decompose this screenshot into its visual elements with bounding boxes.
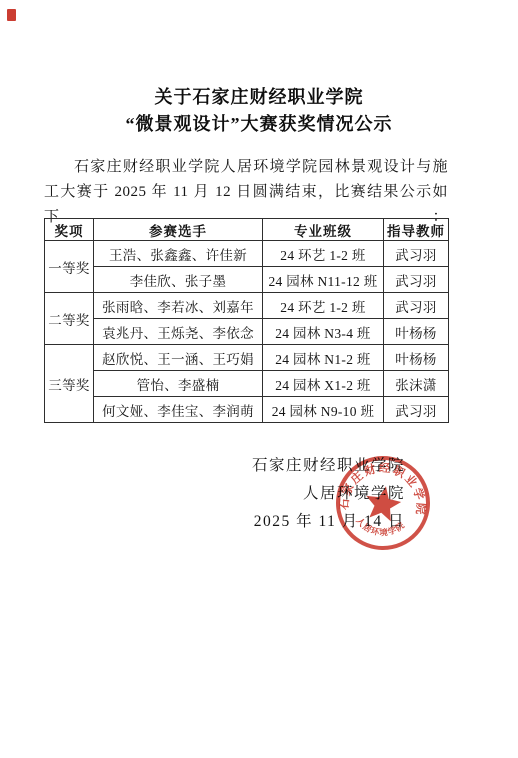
- teacher-cell: 武习羽: [384, 397, 449, 423]
- teacher-cell: 叶杨杨: [384, 319, 449, 345]
- contestants-cell: 袁兆丹、王烁尧、李依念: [94, 319, 263, 345]
- teacher-cell: 武习羽: [384, 241, 449, 267]
- stamp-star-icon: [363, 483, 404, 522]
- class-cell: 24 园林 N11-12 班: [263, 267, 384, 293]
- red-corner-mark: [7, 9, 16, 21]
- contestants-cell: 李佳欣、张子墨: [94, 267, 263, 293]
- stamp-bottom-text: 人居环境学院: [352, 512, 408, 542]
- table-row: 三等奖 赵欣悦、王一涵、王巧娟 24 园林 N1-2 班 叶杨杨: [45, 345, 449, 371]
- contestants-cell: 何文娅、李佳宝、李润萌: [94, 397, 263, 423]
- table-row: 袁兆丹、王烁尧、李依念 24 园林 N3-4 班 叶杨杨: [45, 319, 449, 345]
- contestants-cell: 管怡、李盛楠: [94, 371, 263, 397]
- award-cell: 一等奖: [45, 241, 94, 293]
- body-line-1: 石家庄财经职业学院人居环境学院园林景观设计与施: [44, 155, 448, 180]
- class-cell: 24 园林 N1-2 班: [263, 345, 384, 371]
- teacher-cell: 叶杨杨: [384, 345, 449, 371]
- contestants-cell: 王浩、张鑫鑫、许佳新: [94, 241, 263, 267]
- class-cell: 24 园林 N3-4 班: [263, 319, 384, 345]
- class-cell: 24 园林 X1-2 班: [263, 371, 384, 397]
- award-cell: 三等奖: [45, 345, 94, 423]
- document-title: 关于石家庄财经职业学院 “微景观设计”大赛获奖情况公示: [0, 84, 518, 138]
- teacher-cell: 张沫潇: [384, 371, 449, 397]
- table-row: 管怡、李盛楠 24 园林 X1-2 班 张沫潇: [45, 371, 449, 397]
- header-class: 专业班级: [263, 219, 384, 241]
- title-line-2: “微景观设计”大赛获奖情况公示: [0, 111, 518, 138]
- svg-text:人居环境学院: 人居环境学院: [352, 512, 408, 542]
- header-contestants: 参赛选手: [94, 219, 263, 241]
- award-cell: 二等奖: [45, 293, 94, 345]
- table-row: 一等奖 王浩、张鑫鑫、许佳新 24 环艺 1-2 班 武习羽: [45, 241, 449, 267]
- results-table: 奖项 参赛选手 专业班级 指导教师 一等奖 王浩、张鑫鑫、许佳新 24 环艺 1…: [44, 218, 449, 423]
- title-line-1: 关于石家庄财经职业学院: [0, 84, 518, 111]
- header-teacher: 指导教师: [384, 219, 449, 241]
- document-page: 关于石家庄财经职业学院 “微景观设计”大赛获奖情况公示 石家庄财经职业学院人居环…: [0, 0, 518, 758]
- contestants-cell: 赵欣悦、王一涵、王巧娟: [94, 345, 263, 371]
- contestants-cell: 张雨晗、李若冰、刘嘉年: [94, 293, 263, 319]
- table-row: 何文娅、李佳宝、李润萌 24 园林 N9-10 班 武习羽: [45, 397, 449, 423]
- table-header-row: 奖项 参赛选手 专业班级 指导教师: [45, 219, 449, 241]
- header-award: 奖项: [45, 219, 94, 241]
- table-row: 李佳欣、张子墨 24 园林 N11-12 班 武习羽: [45, 267, 449, 293]
- teacher-cell: 武习羽: [384, 293, 449, 319]
- class-cell: 24 环艺 1-2 班: [263, 293, 384, 319]
- table-row: 二等奖 张雨晗、李若冰、刘嘉年 24 环艺 1-2 班 武习羽: [45, 293, 449, 319]
- class-cell: 24 园林 N9-10 班: [263, 397, 384, 423]
- class-cell: 24 环艺 1-2 班: [263, 241, 384, 267]
- teacher-cell: 武习羽: [384, 267, 449, 293]
- official-stamp: 石家庄财经职业学院 人居环境学院: [301, 421, 466, 586]
